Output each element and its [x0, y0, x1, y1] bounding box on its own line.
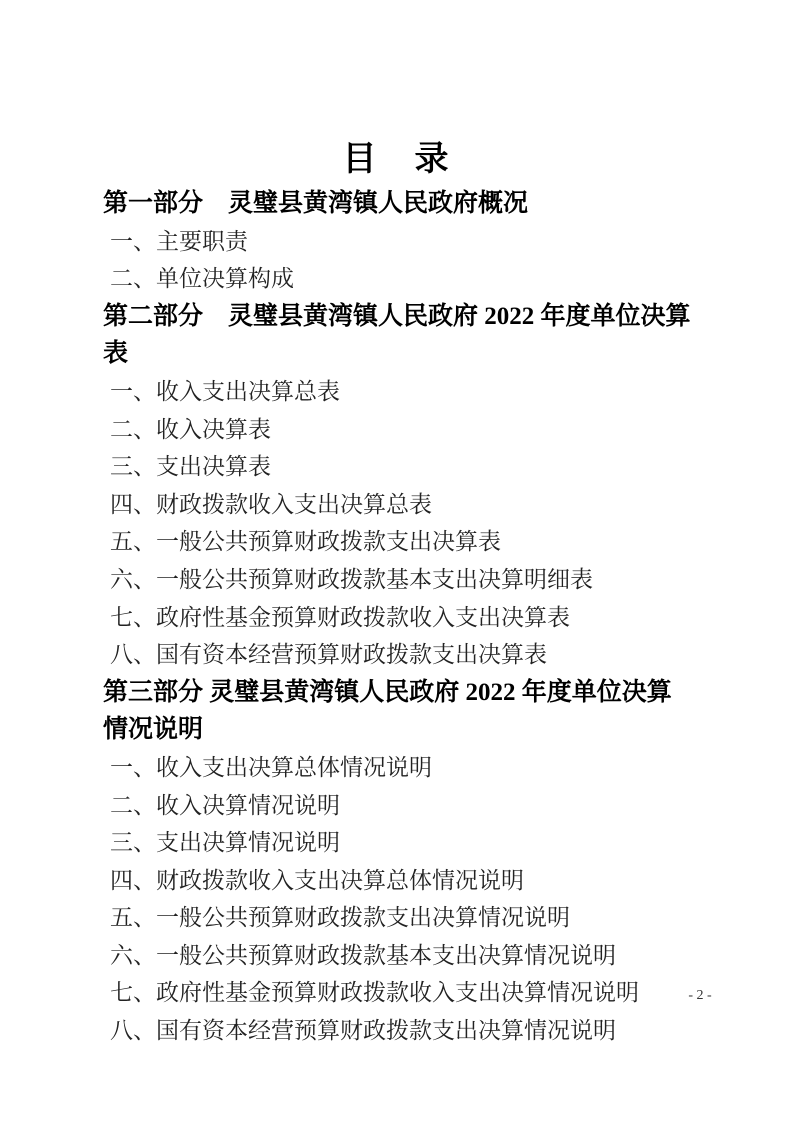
page-title: 目 录 [0, 136, 793, 182]
toc-item: 三、支出决算表 [103, 448, 695, 486]
section-heading-part3: 第三部分 灵璧县黄湾镇人民政府 2022 年度单位决算情况说明 [103, 674, 695, 749]
section-heading-part2: 第二部分 灵璧县黄湾镇人民政府 2022 年度单位决算表 [103, 298, 695, 373]
toc-item: 六、一般公共预算财政拨款基本支出决算明细表 [103, 561, 695, 599]
toc-item: 二、收入决算表 [103, 411, 695, 449]
toc-item: 五、一般公共预算财政拨款支出决算情况说明 [103, 899, 695, 937]
toc-item: 四、财政拨款收入支出决算总体情况说明 [103, 862, 695, 900]
toc-item: 一、收入支出决算总表 [103, 373, 695, 411]
toc-item: 六、一般公共预算财政拨款基本支出决算情况说明 [103, 937, 695, 975]
toc-item: 三、支出决算情况说明 [103, 824, 695, 862]
section-heading-part1: 第一部分 灵璧县黄湾镇人民政府概况 [103, 185, 695, 223]
toc-item: 七、政府性基金预算财政拨款收入支出决算表 [103, 599, 695, 637]
toc-item: 八、国有资本经营预算财政拨款支出决算情况说明 [103, 1012, 695, 1050]
table-of-contents: 第一部分 灵璧县黄湾镇人民政府概况 一、主要职责 二、单位决算构成 第二部分 灵… [103, 185, 695, 1050]
toc-item: 二、单位决算构成 [103, 260, 695, 298]
toc-item: 四、财政拨款收入支出决算总表 [103, 486, 695, 524]
toc-item: 一、收入支出决算总体情况说明 [103, 749, 695, 787]
document-page: 目 录 第一部分 灵璧县黄湾镇人民政府概况 一、主要职责 二、单位决算构成 第二… [0, 0, 793, 1122]
toc-item: 七、政府性基金预算财政拨款收入支出决算情况说明 [103, 974, 695, 1012]
toc-item: 一、主要职责 [103, 223, 695, 261]
toc-item: 八、国有资本经营预算财政拨款支出决算表 [103, 636, 695, 674]
toc-item: 二、收入决算情况说明 [103, 787, 695, 825]
page-number: - 2 - [650, 987, 750, 1005]
toc-item: 五、一般公共预算财政拨款支出决算表 [103, 523, 695, 561]
